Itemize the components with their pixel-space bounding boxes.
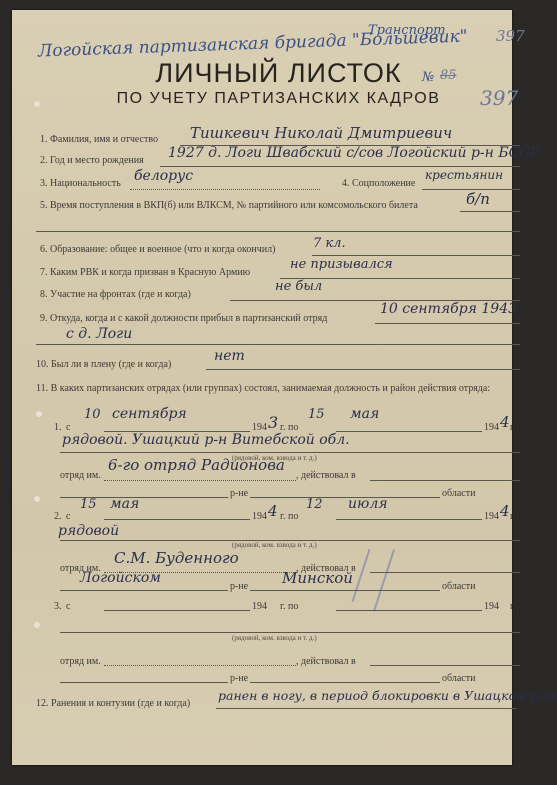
det-1-to-year-prefix: 194: [484, 422, 499, 433]
det-2-year-suffix: г.: [510, 511, 515, 522]
field-9-label: 9. Откуда, когда и с какой должности при…: [40, 313, 327, 324]
field-9-line-2: [36, 344, 520, 345]
det-1-detachment-label: отряд им.: [60, 470, 101, 481]
det-1-district-label: р-не: [230, 488, 248, 499]
stamp-number: 397: [480, 86, 518, 110]
field-12-value: ранен в ногу, в период блокировки в Ушац…: [218, 688, 557, 703]
field-1-value: Тишкевич Николай Дмитриевич: [190, 124, 452, 142]
punch-hole: [34, 496, 40, 502]
transport-note: Транспорт: [368, 23, 445, 38]
det-1-to-line: [336, 431, 482, 432]
field-2-label: 2. Год и место рождения: [40, 155, 144, 166]
det-2-to-year: 4: [500, 502, 510, 520]
det-1-position-line: [60, 452, 520, 453]
field-6-label: 6. Образование: общее и военное (что и к…: [40, 244, 275, 255]
det-2-district: Логойском: [80, 570, 161, 586]
det-2-region-line: [250, 590, 440, 591]
det-3-to-year-prefix: 194: [484, 601, 499, 612]
det-1-from-year: 3: [268, 413, 278, 432]
field-2-line: [160, 166, 520, 167]
top-number: 397: [496, 27, 525, 45]
field-5-label: 5. Время поступления в ВКП(б) или ВЛКСМ,…: [40, 200, 418, 211]
det-2-detachment: С.М. Буденного: [114, 549, 239, 567]
field-9-line: [375, 323, 520, 324]
det-2-num: 2.: [54, 511, 62, 522]
det-2-from-line: [104, 519, 250, 520]
det-2-position: рядовой: [58, 523, 119, 539]
field-6-value: 7 кл.: [313, 236, 346, 251]
det-2-from-year: 4: [268, 502, 278, 520]
det-2-from-year-prefix: 194: [252, 511, 267, 522]
field-2-value: 1927 д. Логи Швабский с/сов Логойский р-…: [168, 145, 539, 161]
det-3-from-label: с: [66, 601, 70, 612]
field-12-label: 12. Ранения и контузии (где и когда): [36, 698, 190, 709]
det-2-from-day: 15: [80, 497, 97, 512]
det-3-position-line: [60, 632, 520, 633]
det-2-to-label: г. по: [280, 511, 298, 522]
det-3-caption: (рядовой, ком. взвода и т. д.): [232, 634, 317, 642]
field-9-value-2: с д. Логи: [66, 326, 132, 342]
field-8-value: не был: [275, 279, 322, 294]
det-3-district-line: [60, 682, 228, 683]
det-2-to-year-prefix: 194: [484, 511, 499, 522]
field-10-value: нет: [214, 348, 245, 364]
det-1-to-month: мая: [350, 406, 379, 422]
field-11-label: 11. В каких партизанских отрядах (или гр…: [36, 381, 520, 396]
det-2-operated-line: [370, 572, 520, 573]
det-2-to-day: 12: [306, 497, 323, 512]
det-3-from-year-prefix: 194: [252, 601, 267, 612]
det-1-to-year: 4: [500, 413, 510, 431]
det-3-year-suffix: г.: [510, 601, 515, 612]
field-9-value: 10 сентября 1943: [380, 301, 517, 317]
det-3-detachment-label: отряд им.: [60, 656, 101, 667]
det-1-detachment: 6-го отряд Радионова: [108, 456, 285, 474]
det-3-to-line: [336, 610, 482, 611]
field-3-line: [130, 189, 320, 190]
det-3-from-line: [104, 610, 250, 611]
det-1-from-month: сентября: [112, 406, 187, 422]
det-2-region: Минской: [282, 569, 353, 587]
page-subtitle: ПО УЧЕТУ ПАРТИЗАНСКИХ КАДРОВ: [0, 90, 557, 108]
det-3-operated-label: , действовал в: [296, 656, 356, 667]
det-1-num: 1.: [54, 422, 62, 433]
det-1-detachment-line: [104, 480, 296, 481]
struck-number: 85: [440, 68, 457, 83]
field-4-value: крестьянин: [425, 168, 503, 182]
det-3-to-label: г. по: [280, 601, 298, 612]
det-2-region-label: области: [442, 581, 475, 592]
field-5-line-2: [36, 231, 520, 232]
field-3-label: 3. Национальность: [40, 178, 121, 189]
det-1-position: рядовой. Ушацкий р-н Витебской обл.: [62, 432, 350, 448]
punch-hole: [34, 622, 40, 628]
det-1-region-label: области: [442, 488, 475, 499]
field-8-label: 8. Участие на фронтах (где и когда): [40, 289, 191, 300]
field-1-label: 1. Фамилия, имя и отчество: [40, 134, 158, 145]
field-4-label: 4. Соцположение: [342, 178, 415, 189]
det-1-year-suffix: г.: [510, 422, 515, 433]
det-1-region-line: [250, 497, 440, 498]
det-1-from-day: 10: [84, 407, 101, 422]
field-7-value: не призывался: [290, 257, 393, 272]
punch-hole: [36, 411, 42, 417]
det-1-operated-line: [370, 480, 520, 481]
det-2-from-label: с: [66, 511, 70, 522]
det-2-from-month: мая: [110, 496, 139, 512]
field-3-value: белорус: [134, 168, 193, 184]
det-3-num: 3.: [54, 601, 62, 612]
field-7-label: 7. Каким РВК и когда призван в Красную А…: [40, 267, 250, 278]
field-6-line: [312, 255, 520, 256]
det-1-operated-label: , действовал в: [296, 470, 356, 481]
field-5-line: [460, 211, 520, 212]
det-2-to-month: июля: [348, 496, 388, 512]
field-10-line: [206, 369, 520, 370]
det-3-operated-line: [370, 665, 520, 666]
det-3-detachment-line: [104, 665, 296, 666]
det-2-to-line: [336, 519, 482, 520]
det-3-region-line: [250, 682, 440, 683]
det-3-region-label: области: [442, 673, 475, 684]
det-2-district-label: р-не: [230, 581, 248, 592]
det-1-to-day: 15: [308, 407, 325, 422]
page-title: ЛИЧНЫЙ ЛИСТОК: [0, 58, 557, 89]
det-3-district-label: р-не: [230, 673, 248, 684]
field-12-line: [216, 708, 516, 709]
det-2-caption: (рядовой, ком. взвода и т. д.): [232, 541, 317, 549]
field-5-value: б/п: [466, 190, 490, 208]
number-sign: №: [422, 70, 434, 85]
det-2-district-line: [60, 590, 228, 591]
field-10-label: 10. Был ли в плену (где и когда): [36, 359, 171, 370]
